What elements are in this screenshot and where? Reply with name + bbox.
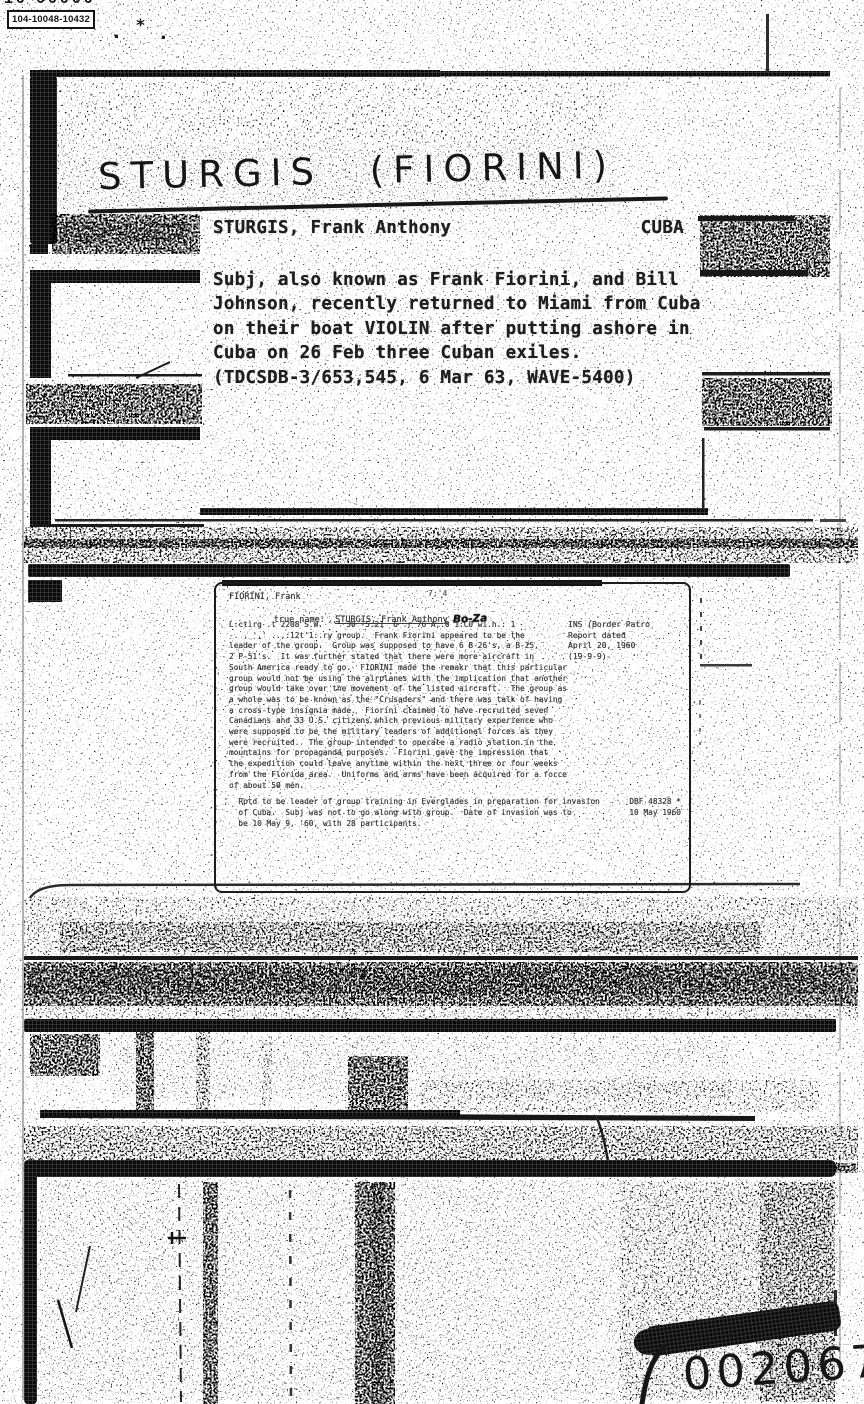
index-card-main: STURGIS, Frank Anthony CUBA Subj, also k… [200,206,706,516]
detail-line: group would take over the movement of th… [229,684,581,695]
subject-name: STURGIS, Frank Anthony [213,218,451,238]
card-line: Cuba on 26 Feb three Cuban exiles. [213,341,706,365]
index-card-detail: FIORINI, Frank 7;'4 true name: STURGIS, … [214,582,691,893]
detail-line: mountains for propaganda purposes. Fiori… [229,748,581,759]
document-id: 104-10048-10432 [7,10,95,29]
addendum-line: be 10 May 9, '60, with 28 participants. [229,818,421,829]
detail-header-name: FIORINI, Frank [229,592,301,602]
card-line: Subj, also known as Frank Fiorini, and B… [213,268,706,292]
ink-speck: * [136,16,145,36]
source-ref-line: Report dated [568,631,650,642]
detail-line: a whole was to be known as the "Crusader… [229,695,581,706]
separator-band-2 [24,884,858,1032]
source-ref-line: April 20, 1960 [568,641,650,652]
detail-line: were supposed to be the military leaders… [229,727,581,738]
ink-speck: . [160,23,167,44]
detail-line: L:ctirg .t 2208 S.W. ''' 30 -5.21 6 .r 7… [229,620,581,631]
detail-body-column: L:ctirg .t 2208 S.W. ''' 30 -5.21 6 .r 7… [229,620,581,791]
detail-line: were recruited. The group intended to op… [229,738,581,749]
detail-addendum: Rptd to be leader of group training in E… [229,796,681,830]
source-ref-line: (19-9-9) [568,652,650,663]
detail-line: leader of the group. Group was supposed … [229,641,581,652]
detail-line: of about 50 men. [229,781,581,792]
ink-speck: . [113,22,120,43]
card-line: Johnson, recently returned to Miami from… [213,292,706,316]
detail-line: group would not be using the airplanes w… [229,674,581,685]
header-smudge-mark: 7;'4 [428,589,447,598]
detail-line: Canadians and 33 U.S. citizens which pre… [229,716,581,727]
scanned-document-page: 002067 10-00000 104-10048-10432 . * . ST… [0,0,864,1404]
card-main-body: Subj, also known as Frank Fiorini, and B… [213,268,706,390]
source-reference-column: INS (Border Patro Report dated April 20,… [568,620,650,662]
detail-line: 2 P-51's. It was further stated that the… [229,652,581,663]
addendum-ref: DBF 48328 * [629,796,681,807]
country-label: CUBA [641,218,684,238]
detail-line: a cross-type insignia made. Fiorini clai… [229,706,581,717]
clipped-top-id: 10-00000 [4,0,96,8]
addendum-ref: 10 May 1960 [629,807,681,818]
detail-line: -. , ',' ..,:12t'1:.ry group. Frank Fior… [229,631,581,642]
addendum-line: Rptd to be leader of group training in E… [229,796,600,807]
card-line: (TDCSDB-3/653,545, 6 Mar 63, WAVE-5400) [213,366,706,390]
source-ref-line: INS (Border Patro [568,620,650,631]
detail-line: from the Florida area. Uniforms and arms… [229,770,581,781]
card-line: on their boat VIOLIN after putting ashor… [213,317,706,341]
addendum-line: of Cuba. Subj was not to go along with g… [229,807,572,818]
detail-line: the expedition could leave anytime withi… [229,759,581,770]
detail-line: South America ready to go. FIORINI made … [229,663,581,674]
